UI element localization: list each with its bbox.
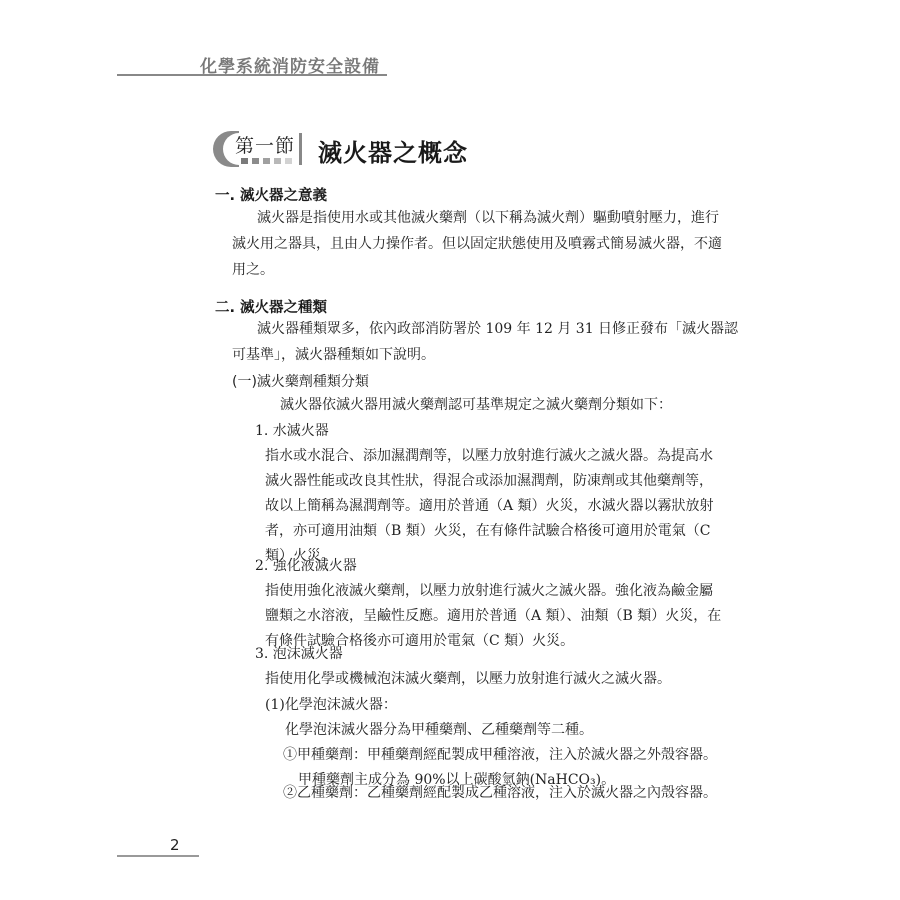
badge-divider	[299, 133, 302, 165]
point-line: ①甲種藥劑：甲種藥劑經配製成甲種溶液，注入於滅火器之外殼容器。	[283, 742, 717, 768]
item-title: 1. 水滅火器	[255, 418, 329, 444]
paragraph-line: 化學泡沫滅火器分為甲種藥劑、乙種藥劑等二種。	[285, 717, 593, 743]
section-badge: 第一節	[213, 131, 305, 167]
point-line: ②乙種藥劑：乙種藥劑經配製成乙種溶液，注入於滅火器之內殼容器。	[283, 780, 717, 806]
paragraph-line: 者，亦可適用油類（B 類）火災，在有條件試驗合格後可適用於電氣（C	[265, 518, 710, 544]
paragraph-line: 指使用化學或機械泡沫滅火藥劑，以壓力放射進行滅火之滅火器。	[265, 666, 671, 692]
badge-square	[274, 158, 281, 164]
section-badge-label: 第一節	[235, 131, 295, 158]
paragraph-line: 滅火器是指使用水或其他滅火藥劑（以下稱為滅火劑）驅動噴射壓力，進行	[257, 205, 719, 231]
sub-title: (1)化學泡沫滅火器：	[265, 692, 397, 718]
paragraph-line: 指使用強化液滅火藥劑，以壓力放射進行滅火之滅火器。強化液為鹼金屬	[265, 578, 713, 604]
paragraph-line: 用之。	[232, 257, 274, 283]
heading-s2: 二. 滅火器之種類	[215, 296, 327, 317]
item-title: 2. 強化液滅火器	[255, 553, 357, 579]
footer-rule	[117, 855, 199, 857]
paragraph-line: 滅火器性能或改良其性狀，得混合或添加濕潤劑，防凍劑或其他藥劑等，	[265, 468, 713, 494]
paragraph-line: 故以上簡稱為濕潤劑等。適用於普通（A 類）火災，水滅火器以霧狀放射	[265, 493, 714, 519]
item-title: 3. 泡沫滅火器	[255, 641, 343, 667]
chapter-title: 滅火器之概念	[318, 133, 468, 168]
paragraph-line: 鹽類之水溶液，呈鹼性反應。適用於普通（A 類）、油類（B 類）火災，在	[265, 603, 721, 629]
badge-square	[285, 158, 292, 164]
paragraph-line: 滅火器依滅火器用滅火藥劑認可基準規定之滅火藥劑分類如下：	[280, 392, 672, 418]
paragraph-line: 指水或水混合、添加濕潤劑等，以壓力放射進行滅火之滅火器。為提高水	[265, 443, 713, 469]
paragraph-line: 滅火器種類眾多，依內政部消防署於 109 年 12 月 31 日修正發布「滅火器…	[257, 316, 738, 342]
paragraph-line: 可基準」，滅火器種類如下說明。	[232, 342, 435, 368]
badge-square	[241, 158, 248, 164]
badge-squares	[241, 158, 292, 164]
badge-square	[252, 158, 259, 164]
badge-square	[263, 158, 270, 164]
heading-s1: 一. 滅火器之意義	[215, 184, 327, 205]
header-rule	[117, 74, 387, 76]
paragraph-line: 滅火用之器具，且由人力操作者。但以固定狀態使用及噴霧式簡易滅火器，不適	[232, 231, 722, 257]
page-number: 2	[170, 836, 180, 854]
